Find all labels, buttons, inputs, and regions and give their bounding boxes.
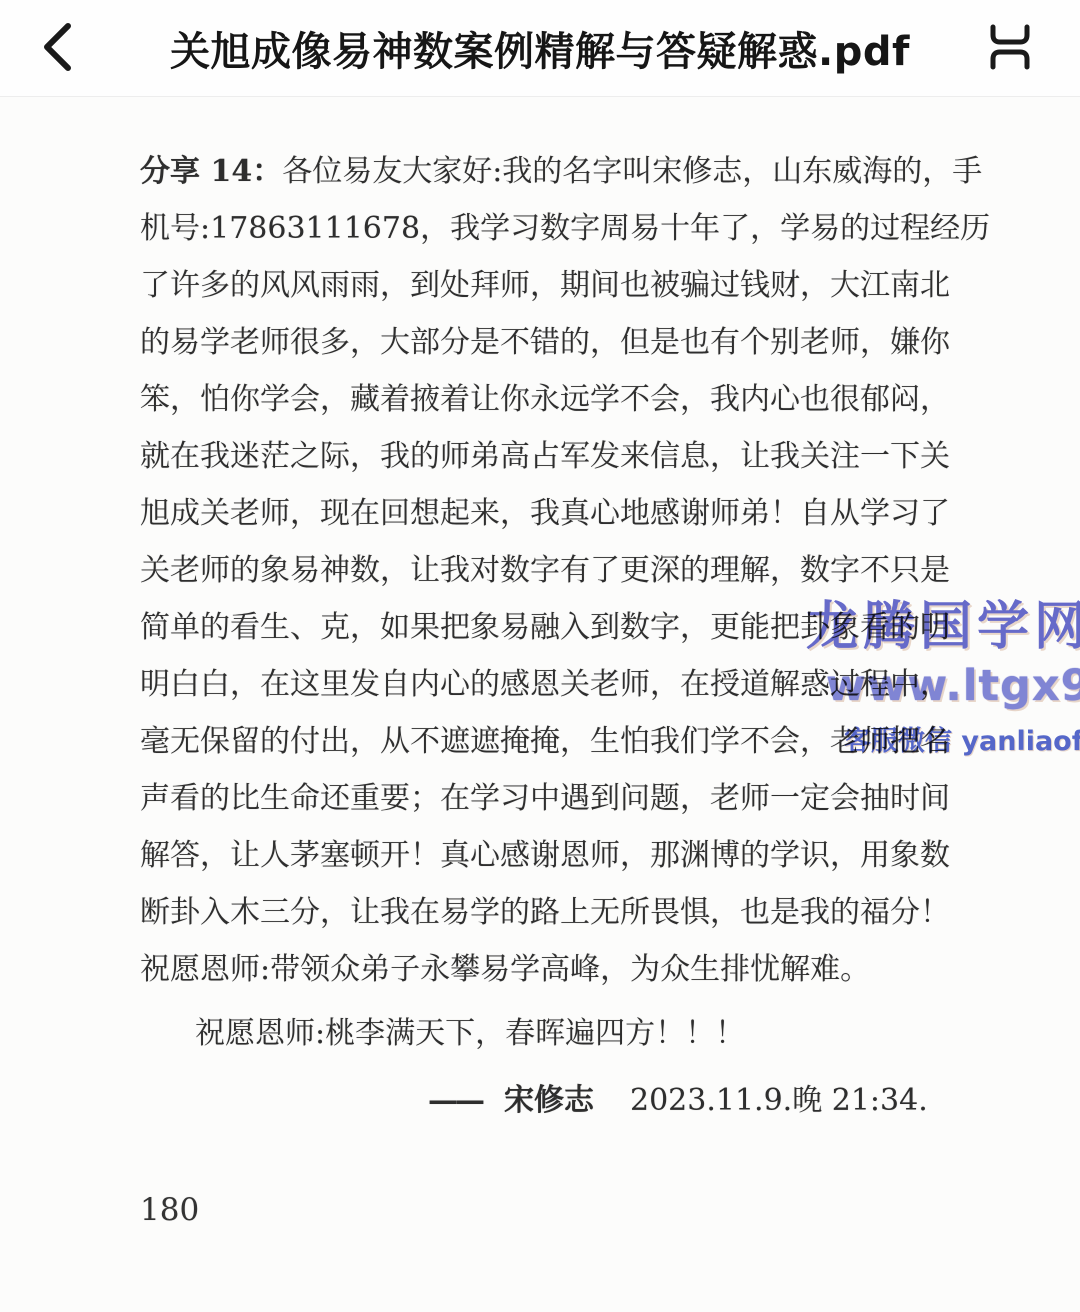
text-line: 笨，怕你学会，藏着掖着让你永远学不会，我内心也很郁闷， bbox=[140, 371, 940, 428]
wish-line: 祝愿恩师:桃李满天下，春晖遍四方！！！ bbox=[140, 1004, 940, 1064]
text-line-rest: 各位易友大家好:我的名字叫宋修志，山东威海的，手 bbox=[282, 154, 982, 189]
pdf-viewer-page: 关旭成像易神数案例精解与答疑解惑.pdf 分享 14：各位易友大家好:我的名字叫… bbox=[0, 0, 1080, 1312]
app-bar: 关旭成像易神数案例精解与答疑解惑.pdf bbox=[0, 0, 1080, 97]
text-line: 的易学老师很多，大部分是不错的，但是也有个别老师，嫌你 bbox=[140, 314, 940, 371]
text-line: 就在我迷茫之际，我的师弟高占军发来信息，让我关注一下关 bbox=[140, 428, 940, 485]
text-line: 声看的比生命还重要；在学习中遇到问题，老师一定会抽时间 bbox=[140, 770, 940, 827]
text-line: 旭成关老师，现在回想起来，我真心地感谢师弟！自从学习了 bbox=[140, 485, 940, 542]
split-pages-button[interactable] bbox=[974, 14, 1046, 82]
document-content-area[interactable]: 分享 14：各位易友大家好:我的名字叫宋修志，山东威海的，手 机号:178631… bbox=[0, 97, 1080, 1228]
signature-datetime: 2023.11.9.晚 21:34. bbox=[630, 1072, 928, 1130]
text-line: 关老师的象易神数，让我对数字有了更深的理解，数字不只是 bbox=[140, 542, 940, 599]
signature-name: 宋修志 bbox=[504, 1072, 594, 1130]
text-line: 解答，让人茅塞顿开！真心感谢恩师，那渊博的学识，用象数 bbox=[140, 827, 940, 884]
text-line: 毫无保留的付出，从不遮遮掩掩，生怕我们学不会，老师把名 bbox=[140, 713, 940, 770]
signature-dash: —— bbox=[428, 1072, 482, 1130]
page-number: 180 bbox=[140, 1192, 940, 1228]
share-number-label: 分享 14： bbox=[140, 154, 282, 189]
text-line: 分享 14：各位易友大家好:我的名字叫宋修志，山东威海的，手 bbox=[140, 143, 940, 200]
text-line: 断卦入木三分，让我在易学的路上无所畏惧，也是我的福分！ bbox=[140, 884, 940, 941]
text-line: 机号:17863111678，我学习数字周易十年了，学易的过程经历 bbox=[140, 200, 940, 257]
chevron-left-icon bbox=[38, 21, 78, 76]
split-pages-icon bbox=[981, 21, 1039, 76]
text-line: 简单的看生、克，如果把象易融入到数字，更能把卦象看的明 bbox=[140, 599, 940, 656]
signature-line: —— 宋修志 2023.11.9.晚 21:34. bbox=[140, 1072, 940, 1130]
text-line: 祝愿恩师:带领众弟子永攀易学高峰，为众生排忧解难。 bbox=[140, 941, 940, 998]
text-line: 明白白，在这里发自内心的感恩关老师，在授道解惑过程中， bbox=[140, 656, 940, 713]
document-title: 关旭成像易神数案例精解与答疑解惑.pdf bbox=[170, 20, 910, 77]
text-line: 了许多的风风雨雨，到处拜师，期间也被骗过钱财，大江南北 bbox=[140, 257, 940, 314]
back-button[interactable] bbox=[22, 14, 94, 82]
